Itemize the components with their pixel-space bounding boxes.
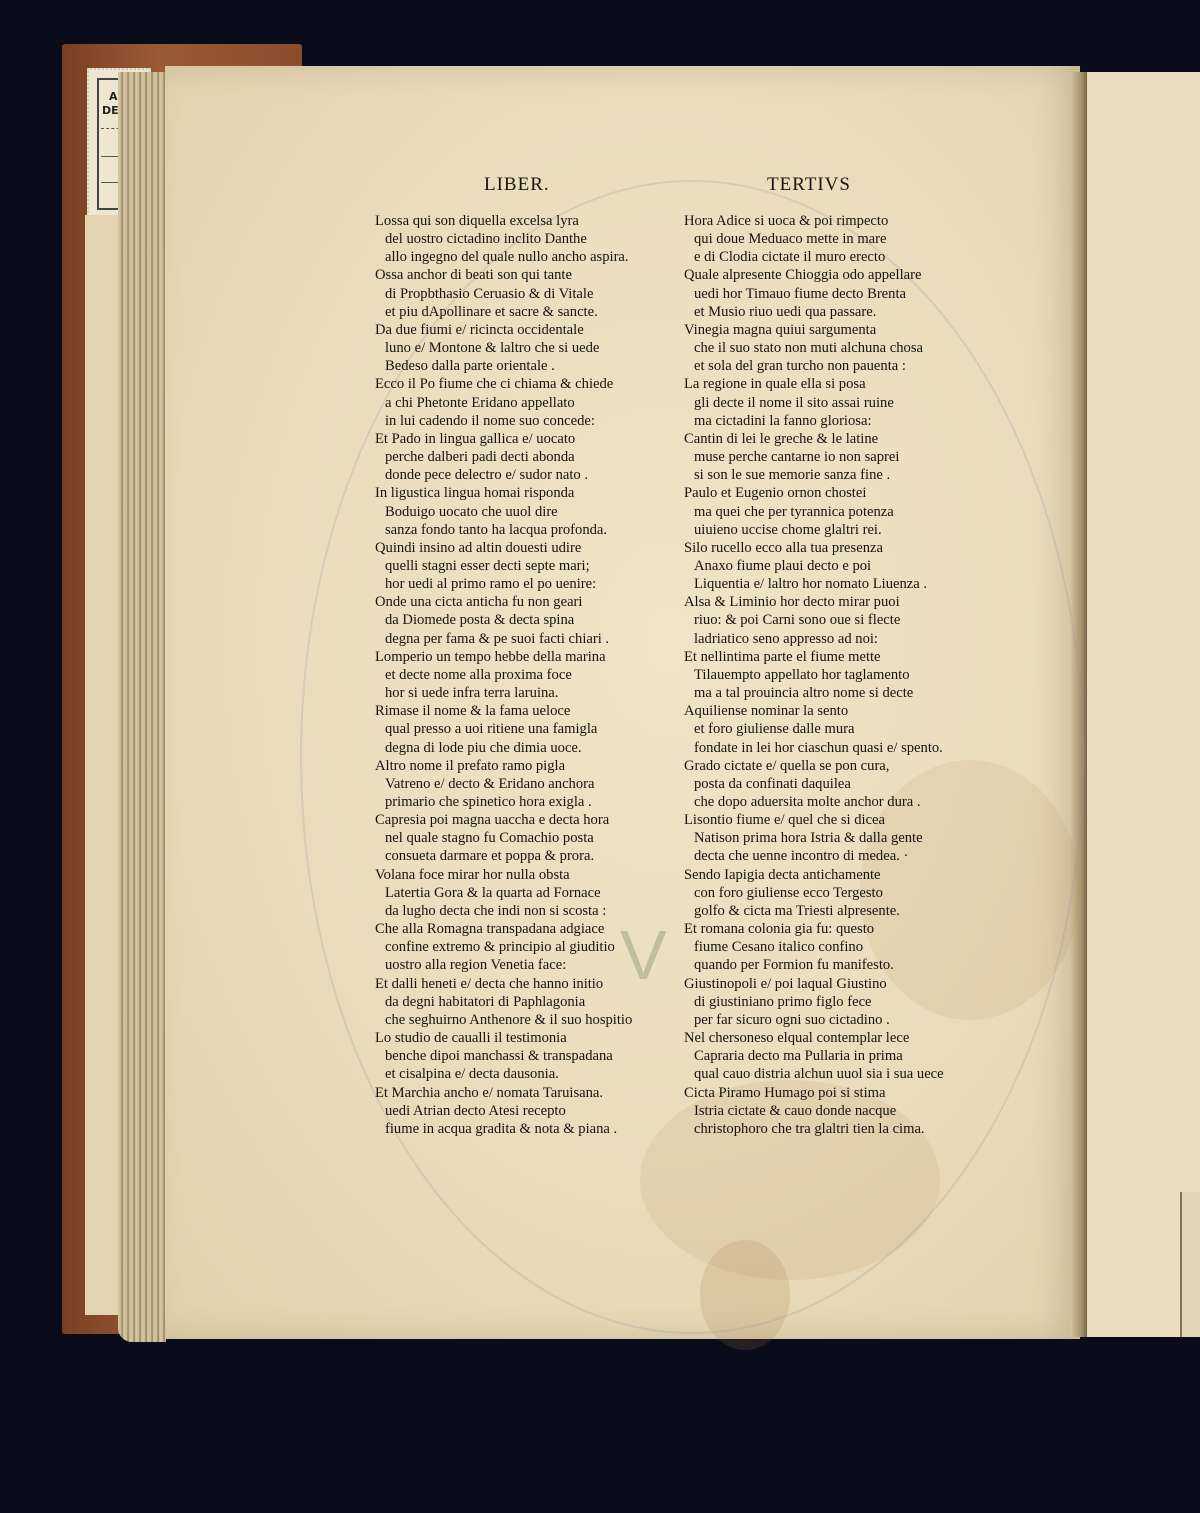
text-line: riuo: & poi Carni sono oue si flecte bbox=[684, 611, 944, 629]
text-line: et decte nome alla proxima foce bbox=[375, 666, 632, 684]
text-line: Cicta Piramo Humago poi si stima bbox=[684, 1084, 944, 1102]
running-head-right: TERTIVS bbox=[767, 174, 851, 196]
text-line: Altro nome il prefato ramo pigla bbox=[375, 757, 632, 775]
text-line: sanza fondo tanto ha lacqua profonda. bbox=[375, 521, 632, 539]
text-line: Silo rucello ecco alla tua presenza bbox=[684, 539, 944, 557]
text-line: Lisontio fiume e/ quel che si dicea bbox=[684, 811, 944, 829]
text-line: degna di lode piu che dimia uoce. bbox=[375, 739, 632, 757]
text-line: fondate in lei hor ciaschun quasi e/ spe… bbox=[684, 739, 944, 757]
text-line: et cisalpina e/ decta dausonia. bbox=[375, 1065, 632, 1083]
text-line: Paulo et Eugenio ornon chostei bbox=[684, 484, 944, 502]
text-line: Grado cictate e/ quella se pon cura, bbox=[684, 757, 944, 775]
text-line: Et Pado in lingua gallica e/ uocato bbox=[375, 430, 632, 448]
text-line: Ossa anchor di beati son qui tante bbox=[375, 266, 632, 284]
text-line: et piu dApollinare et sacre & sancte. bbox=[375, 303, 632, 321]
text-line: Capresia poi magna uaccha e decta hora bbox=[375, 811, 632, 829]
text-line: Vatreno e/ decto & Eridano anchora bbox=[375, 775, 632, 793]
text-line: del uostro cictadino inclito Danthe bbox=[375, 230, 632, 248]
text-line: et foro giuliense dalle mura bbox=[684, 720, 944, 738]
text-line: Giustinopoli e/ poi laqual Giustino bbox=[684, 975, 944, 993]
text-line: che il suo stato non muti alchuna chosa bbox=[684, 339, 944, 357]
text-line: ladriatico seno appresso ad noi: bbox=[684, 630, 944, 648]
text-line: che dopo aduersita molte anchor dura . bbox=[684, 793, 944, 811]
text-line: perche dalberi padi decti abonda bbox=[375, 448, 632, 466]
text-line: Hora Adice si uoca & poi rimpecto bbox=[684, 212, 944, 230]
text-line: Onde una cicta anticha fu non geari bbox=[375, 593, 632, 611]
text-line: ma a tal prouincia altro nome si decte bbox=[684, 684, 944, 702]
text-line: primario che spinetico hora exigla . bbox=[375, 793, 632, 811]
text-line: et sola del gran turcho non pauenta : bbox=[684, 357, 944, 375]
text-line: Anaxo fiume plaui decto e poi bbox=[684, 557, 944, 575]
text-line: Aquiliense nominar la sento bbox=[684, 702, 944, 720]
text-line: con foro giuliense ecco Tergesto bbox=[684, 884, 944, 902]
text-line: quelli stagni esser decti septe mari; bbox=[375, 557, 632, 575]
text-line: muse perche cantarne io non saprei bbox=[684, 448, 944, 466]
text-line: Quindi insino ad altin douesti udire bbox=[375, 539, 632, 557]
text-column-right: Hora Adice si uoca & poi rimpectoqui dou… bbox=[684, 212, 944, 1138]
text-line: uiuieno uccise chome glaltri rei. bbox=[684, 521, 944, 539]
text-line: da degni habitatori di Paphlagonia bbox=[375, 993, 632, 1011]
text-line: Cantin di lei le greche & le latine bbox=[684, 430, 944, 448]
text-line: Quale alpresente Chioggia odo appellare bbox=[684, 266, 944, 284]
text-line: christophoro che tra glaltri tien la cim… bbox=[684, 1120, 944, 1138]
text-line: benche dipoi manchassi & transpadana bbox=[375, 1047, 632, 1065]
page-edges bbox=[118, 72, 166, 1342]
text-line: in lui cadendo il nome suo concede: bbox=[375, 412, 632, 430]
text-line: Che alla Romagna transpadana adgiace bbox=[375, 920, 632, 938]
text-line: hor uedi al primo ramo el po uenire: bbox=[375, 575, 632, 593]
text-line: fiume in acqua gradita & nota & piana . bbox=[375, 1120, 632, 1138]
text-line: a chi Phetonte Eridano appellato bbox=[375, 394, 632, 412]
text-line: Natison prima hora Istria & dalla gente bbox=[684, 829, 944, 847]
text-line: qual presso a uoi ritiene una famigla bbox=[375, 720, 632, 738]
text-line: nel quale stagno fu Comachio posta bbox=[375, 829, 632, 847]
text-line: ma quei che per tyrannica potenza bbox=[684, 503, 944, 521]
text-line: Nel chersoneso elqual contemplar lece bbox=[684, 1029, 944, 1047]
text-line: fiume Cesano italico confino bbox=[684, 938, 944, 956]
text-line: che seghuirno Anthenore & il suo hospiti… bbox=[375, 1011, 632, 1029]
text-line: Vinegia magna quiui sargumenta bbox=[684, 321, 944, 339]
text-line: e di Clodia cictate il muro erecto bbox=[684, 248, 944, 266]
text-line: uostro alla region Venetia face: bbox=[375, 956, 632, 974]
text-line: luno e/ Montone & laltro che si uede bbox=[375, 339, 632, 357]
text-line: Et dalli heneti e/ decta che hanno initi… bbox=[375, 975, 632, 993]
text-line: In ligustica lingua homai risponda bbox=[375, 484, 632, 502]
text-line: quando per Formion fu manifesto. bbox=[684, 956, 944, 974]
text-line: golfo & cicta ma Triesti alpresente. bbox=[684, 902, 944, 920]
text-line: da Diomede posta & decta spina bbox=[375, 611, 632, 629]
text-line: donde pece delectro e/ sudor nato . bbox=[375, 466, 632, 484]
text-line: Alsa & Liminio hor decto mirar puoi bbox=[684, 593, 944, 611]
text-line: da lugho decta che indi non si scosta : bbox=[375, 902, 632, 920]
text-line: confine extremo & principio al giuditio bbox=[375, 938, 632, 956]
text-line: et Musio riuo uedi qua passare. bbox=[684, 303, 944, 321]
text-line: Lomperio un tempo hebbe della marina bbox=[375, 648, 632, 666]
text-line: Rimase il nome & la fama ueloce bbox=[375, 702, 632, 720]
text-line: Bedeso dalla parte orientale . bbox=[375, 357, 632, 375]
text-line: Volana foce mirar hor nulla obsta bbox=[375, 866, 632, 884]
text-line: decta che uenne incontro di medea. · bbox=[684, 847, 944, 865]
text-line: Et romana colonia gia fu: questo bbox=[684, 920, 944, 938]
text-column-left: Lossa qui son diquella excelsa lyradel u… bbox=[375, 212, 632, 1138]
text-line: qui doue Meduaco mette in mare bbox=[684, 230, 944, 248]
text-line: Lo studio de caualli il testimonia bbox=[375, 1029, 632, 1047]
text-line: di Propbthasio Ceruasio & di Vitale bbox=[375, 285, 632, 303]
text-line: posta da confinati daquilea bbox=[684, 775, 944, 793]
text-line: Tilauempto appellato hor taglamento bbox=[684, 666, 944, 684]
text-line: Latertia Gora & la quarta ad Fornace bbox=[375, 884, 632, 902]
text-line: hor si uede infra terra laruina. bbox=[375, 684, 632, 702]
text-line: Lossa qui son diquella excelsa lyra bbox=[375, 212, 632, 230]
text-line: di giustiniano primo figlo fece bbox=[684, 993, 944, 1011]
text-line: Liquentia e/ laltro hor nomato Liuenza . bbox=[684, 575, 944, 593]
text-line: Capraria decto ma Pullaria in prima bbox=[684, 1047, 944, 1065]
text-line: ma cictadini la fanno gloriosa: bbox=[684, 412, 944, 430]
inserted-leaf-edge bbox=[1180, 1192, 1200, 1337]
text-line: Boduigo uocato che uuol dire bbox=[375, 503, 632, 521]
running-head-left: LIBER. bbox=[484, 174, 550, 196]
text-line: uedi Atrian decto Atesi recepto bbox=[375, 1102, 632, 1120]
text-line: Istria cictate & cauo donde nacque bbox=[684, 1102, 944, 1120]
text-line: Et nellintima parte el fiume mette bbox=[684, 648, 944, 666]
text-line: Ecco il Po fiume che ci chiama & chiede bbox=[375, 375, 632, 393]
text-line: Et Marchia ancho e/ nomata Taruisana. bbox=[375, 1084, 632, 1102]
text-line: allo ingegno del quale nullo ancho aspir… bbox=[375, 248, 632, 266]
text-line: per far sicuro ogni suo cictadino . bbox=[684, 1011, 944, 1029]
text-line: Da due fiumi e/ ricincta occidentale bbox=[375, 321, 632, 339]
recto-page-edge bbox=[1087, 72, 1200, 1337]
text-line: consueta darmare et poppa & prora. bbox=[375, 847, 632, 865]
text-line: degna per fama & pe suoi facti chiari . bbox=[375, 630, 632, 648]
text-line: Sendo Iapigia decta antichamente bbox=[684, 866, 944, 884]
text-line: gli decte il nome il sito assai ruine bbox=[684, 394, 944, 412]
text-line: si son le sue memorie sanza fine . bbox=[684, 466, 944, 484]
text-line: La regione in quale ella si posa bbox=[684, 375, 944, 393]
text-line: uedi hor Timauo fiume decto Brenta bbox=[684, 285, 944, 303]
text-line: qual cauo distria alchun uuol sia i sua … bbox=[684, 1065, 944, 1083]
